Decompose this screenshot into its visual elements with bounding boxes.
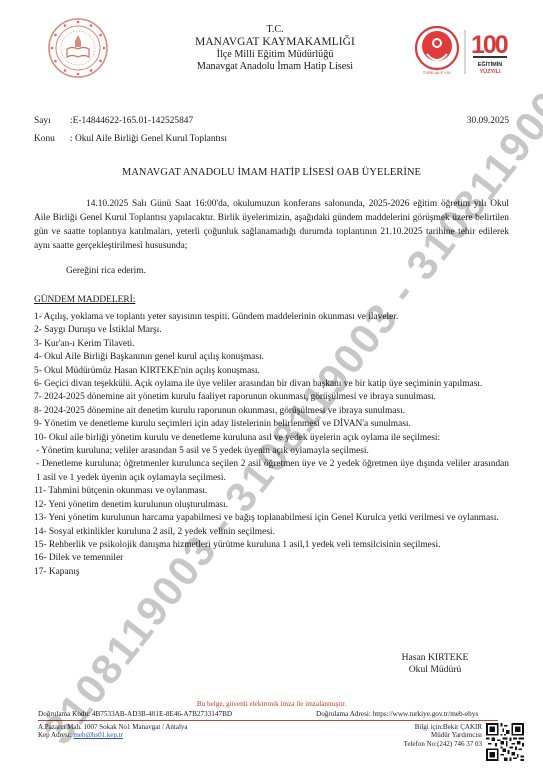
agenda-item: 5- Okul Müdürümüz Hasan KIRTEKE'nin açıl… [34,365,509,378]
document-page: T.C. MANAVGAT KAYMAKAMLIĞI İlçe Milli Eğ… [0,0,543,768]
verification-address[interactable]: Doğrulama Adresi: https://www.turkiye.go… [316,710,478,718]
directorate: İlçe Milli Eğitim Müdürlüğü [150,49,400,61]
letterhead: T.C. MANAVGAT KAYMAKAMLIĞI İlçe Milli Eğ… [150,24,400,74]
agenda-title: GÜNDEM MADDELERİ: [34,295,135,305]
info-contact: Bilgi için:Bekir ÇAKIR [404,723,482,731]
footer-divider [38,720,498,721]
phone-number: Telefon No:(242) 746 37 03 [404,740,482,748]
agenda-item: 7- 2024-2025 dönemine ait yönetim kurulu… [34,391,509,404]
agenda-list: 1- Açılış, yoklama ve toplantı yeter say… [34,311,509,579]
address-line: A.Pazarcı Mah. 1007 Sokak No1 Manavgat /… [38,723,188,731]
agenda-item: 16- Dilek ve temenniler [34,552,509,565]
verification-code: Doğrulama Kodu: 4B7533AB-AD3B-401E-8E46-… [38,710,232,718]
sayi-value: :E-14844622-165.01-142525847 [70,116,193,126]
agenda-item: 2- Saygı Duruşu ve İstiklal Marşı. [34,324,509,337]
agenda-item: 11- Tahmini bütçenin okunması ve oylanma… [34,485,509,498]
konu-value: : Okul Aile Birliği Genel Kurul Toplantı… [70,134,227,144]
agenda-item: 4- Okul Aile Birliği Başkanının genel ku… [34,351,509,364]
qr-code-icon [486,723,524,761]
governorship: MANAVGAT KAYMAKAMLIĞI [150,36,400,48]
body-paragraph: 14.10.2025 Salı Günü Saat 16:00'da, okul… [34,197,509,253]
konu-label: Konu [34,134,70,144]
signer-name: Hasan KIRTEKE [380,652,490,664]
agenda-subitem: - Yönetim kuruluna; veliler arasından 5 … [34,445,509,458]
agenda-subitem: - Denetleme kuruluna; öğretmenler kurulu… [34,458,509,485]
svg-text:YÜZYILI: YÜZYILI [479,68,501,75]
agenda-item: 3- Kur'an-ı Kerim Tilaveti. [34,338,509,351]
agenda-item: 10- Okul aile birliği yönetim kurulu ve … [34,432,509,445]
info-role: Müdür Yardımcısı [404,731,482,739]
kep-line: Kep Adresi: meb@hs01.kep.tr [38,731,188,739]
svg-text:EĞİTİMİN: EĞİTİMİN [478,60,502,68]
addressee-title: MANAVGAT ANADOLU İMAM HATİP LİSESİ OAB Ü… [0,167,543,178]
tc-label: T.C. [150,24,400,36]
closing-regards: Gereğini rica ederim. [66,266,146,276]
meb-seal-icon [47,17,109,79]
svg-text:TÜRK AİLE YILI: TÜRK AİLE YILI [423,70,452,75]
school-address: A.Pazarcı Mah. 1007 Sokak No1 Manavgat /… [38,723,188,740]
agenda-item: 17- Kapanış [34,566,509,579]
reference-number: Sayı:E-14844622-165.01-142525847 [34,116,193,126]
turkish-family-year-and-100-education-century-icon: TÜRK AİLE YILI 100 EĞİTİMİN YÜZYILI [413,22,525,80]
contact-info: Bilgi için:Bekir ÇAKIR Müdür Yardımcısı … [404,723,482,748]
agenda-item: 9- Yönetim ve denetleme kurulu seçimleri… [34,418,509,431]
agenda-item: 15- Rehberlik ve psikolojik danışma hizm… [34,539,509,552]
subject: Konu: Okul Aile Birliği Genel Kurul Topl… [34,134,227,144]
agenda-item: 12- Yeni yönetim denetim kurulunun oluşt… [34,499,509,512]
kep-link[interactable]: meb@hs01.kep.tr [73,731,123,739]
kep-label: Kep Adresi: [38,731,72,739]
document-date: 30.09.2025 [467,116,509,126]
esignature-note: Bu belge, güvenli elektronik imza ile im… [0,700,543,708]
agenda-item: 8- 2024-2025 dönemine ait denetim kurulu… [34,405,509,418]
svg-text:100: 100 [471,31,508,59]
agenda-item: 14- Sosyal etkinlikler kuruluna 2 asil, … [34,526,509,539]
signature-block: Hasan KIRTEKE Okul Müdürü [380,652,490,676]
agenda-item: 6- Geçici divan teşekkülü. Açık oylama i… [34,378,509,391]
agenda-item: 13- Yeni yönetim kurulunun harcama yapab… [34,512,509,525]
agenda-item: 1- Açılış, yoklama ve toplantı yeter say… [34,311,509,324]
school-name: Manavgat Anadolu İmam Hatip Lisesi [150,61,400,73]
signer-role: Okul Müdürü [380,664,490,676]
sayi-label: Sayı [34,116,70,126]
